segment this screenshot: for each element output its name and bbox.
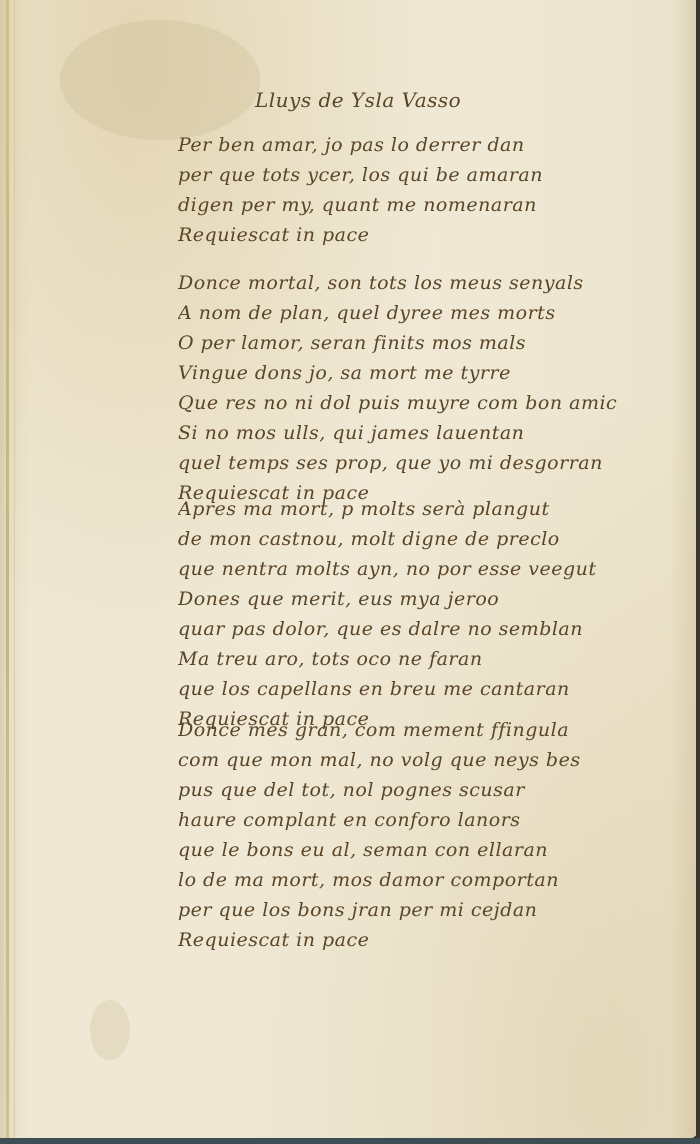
paper-stain <box>60 20 260 140</box>
verse-line: de mon castnou, molt digne de preclo <box>178 524 693 554</box>
verse-line: Ma treu aro, tots oco ne faran <box>178 644 693 674</box>
verse-line: quel temps ses prop, que yo mi desgorran <box>178 448 693 478</box>
verse-line: A nom de plan, quel dyree mes morts <box>178 298 693 328</box>
verse-line: pus que del tot, nol pognes scusar <box>178 775 693 805</box>
verse-line: per que tots ycer, los qui be amaran <box>178 160 693 190</box>
verse-line: lo de ma mort, mos damor comportan <box>178 865 693 895</box>
paper-stain <box>90 1000 130 1060</box>
verse-line: per que los bons jran per mi cejdan <box>178 895 693 925</box>
book-edge-right <box>696 0 700 1144</box>
binding-crease <box>14 0 15 1140</box>
verse-line: O per lamor, seran finits mos mals <box>178 328 693 358</box>
refrain-line: Requiescat in pace <box>178 220 693 250</box>
refrain-line: Requiescat in pace <box>178 925 693 955</box>
manuscript-page: Lluys de Ysla Vasso Per ben amar, jo pas… <box>0 0 697 1138</box>
stanza-2: Donce mortal, son tots los meus senyals … <box>178 268 693 508</box>
verse-line: Que res no ni dol puis muyre com bon ami… <box>178 388 693 418</box>
verse-line: Donce mortal, son tots los meus senyals <box>178 268 693 298</box>
verse-line: digen per my, quant me nomenaran <box>178 190 693 220</box>
verse-line: Donce mes gran, com mement ffingula <box>178 715 693 745</box>
verse-line: Per ben amar, jo pas lo derrer dan <box>178 130 693 160</box>
verse-line: Dones que merit, eus mya jeroo <box>178 584 693 614</box>
stanza-1: Per ben amar, jo pas lo derrer dan per q… <box>178 130 693 250</box>
binding-gutter <box>6 0 9 1140</box>
verse-line: que le bons eu al, seman con ellaran <box>178 835 693 865</box>
book-edge-bottom <box>0 1138 700 1144</box>
stanza-4: Donce mes gran, com mement ffingula com … <box>178 715 693 955</box>
verse-line: Apres ma mort, p molts serà plangut <box>178 494 693 524</box>
verse-line: quar pas dolor, que es dalre no semblan <box>178 614 693 644</box>
verse-line: com que mon mal, no volg que neys bes <box>178 745 693 775</box>
verse-line: Vingue dons jo, sa mort me tyrre <box>178 358 693 388</box>
verse-line: Si no mos ulls, qui james lauentan <box>178 418 693 448</box>
verse-line: que los capellans en breu me cantaran <box>178 674 693 704</box>
verse-line: haure complant en conforo lanors <box>178 805 693 835</box>
manuscript-heading: Lluys de Ysla Vasso <box>255 88 461 112</box>
verse-line: que nentra molts ayn, no por esse veegut <box>178 554 693 584</box>
stanza-3: Apres ma mort, p molts serà plangut de m… <box>178 494 693 734</box>
